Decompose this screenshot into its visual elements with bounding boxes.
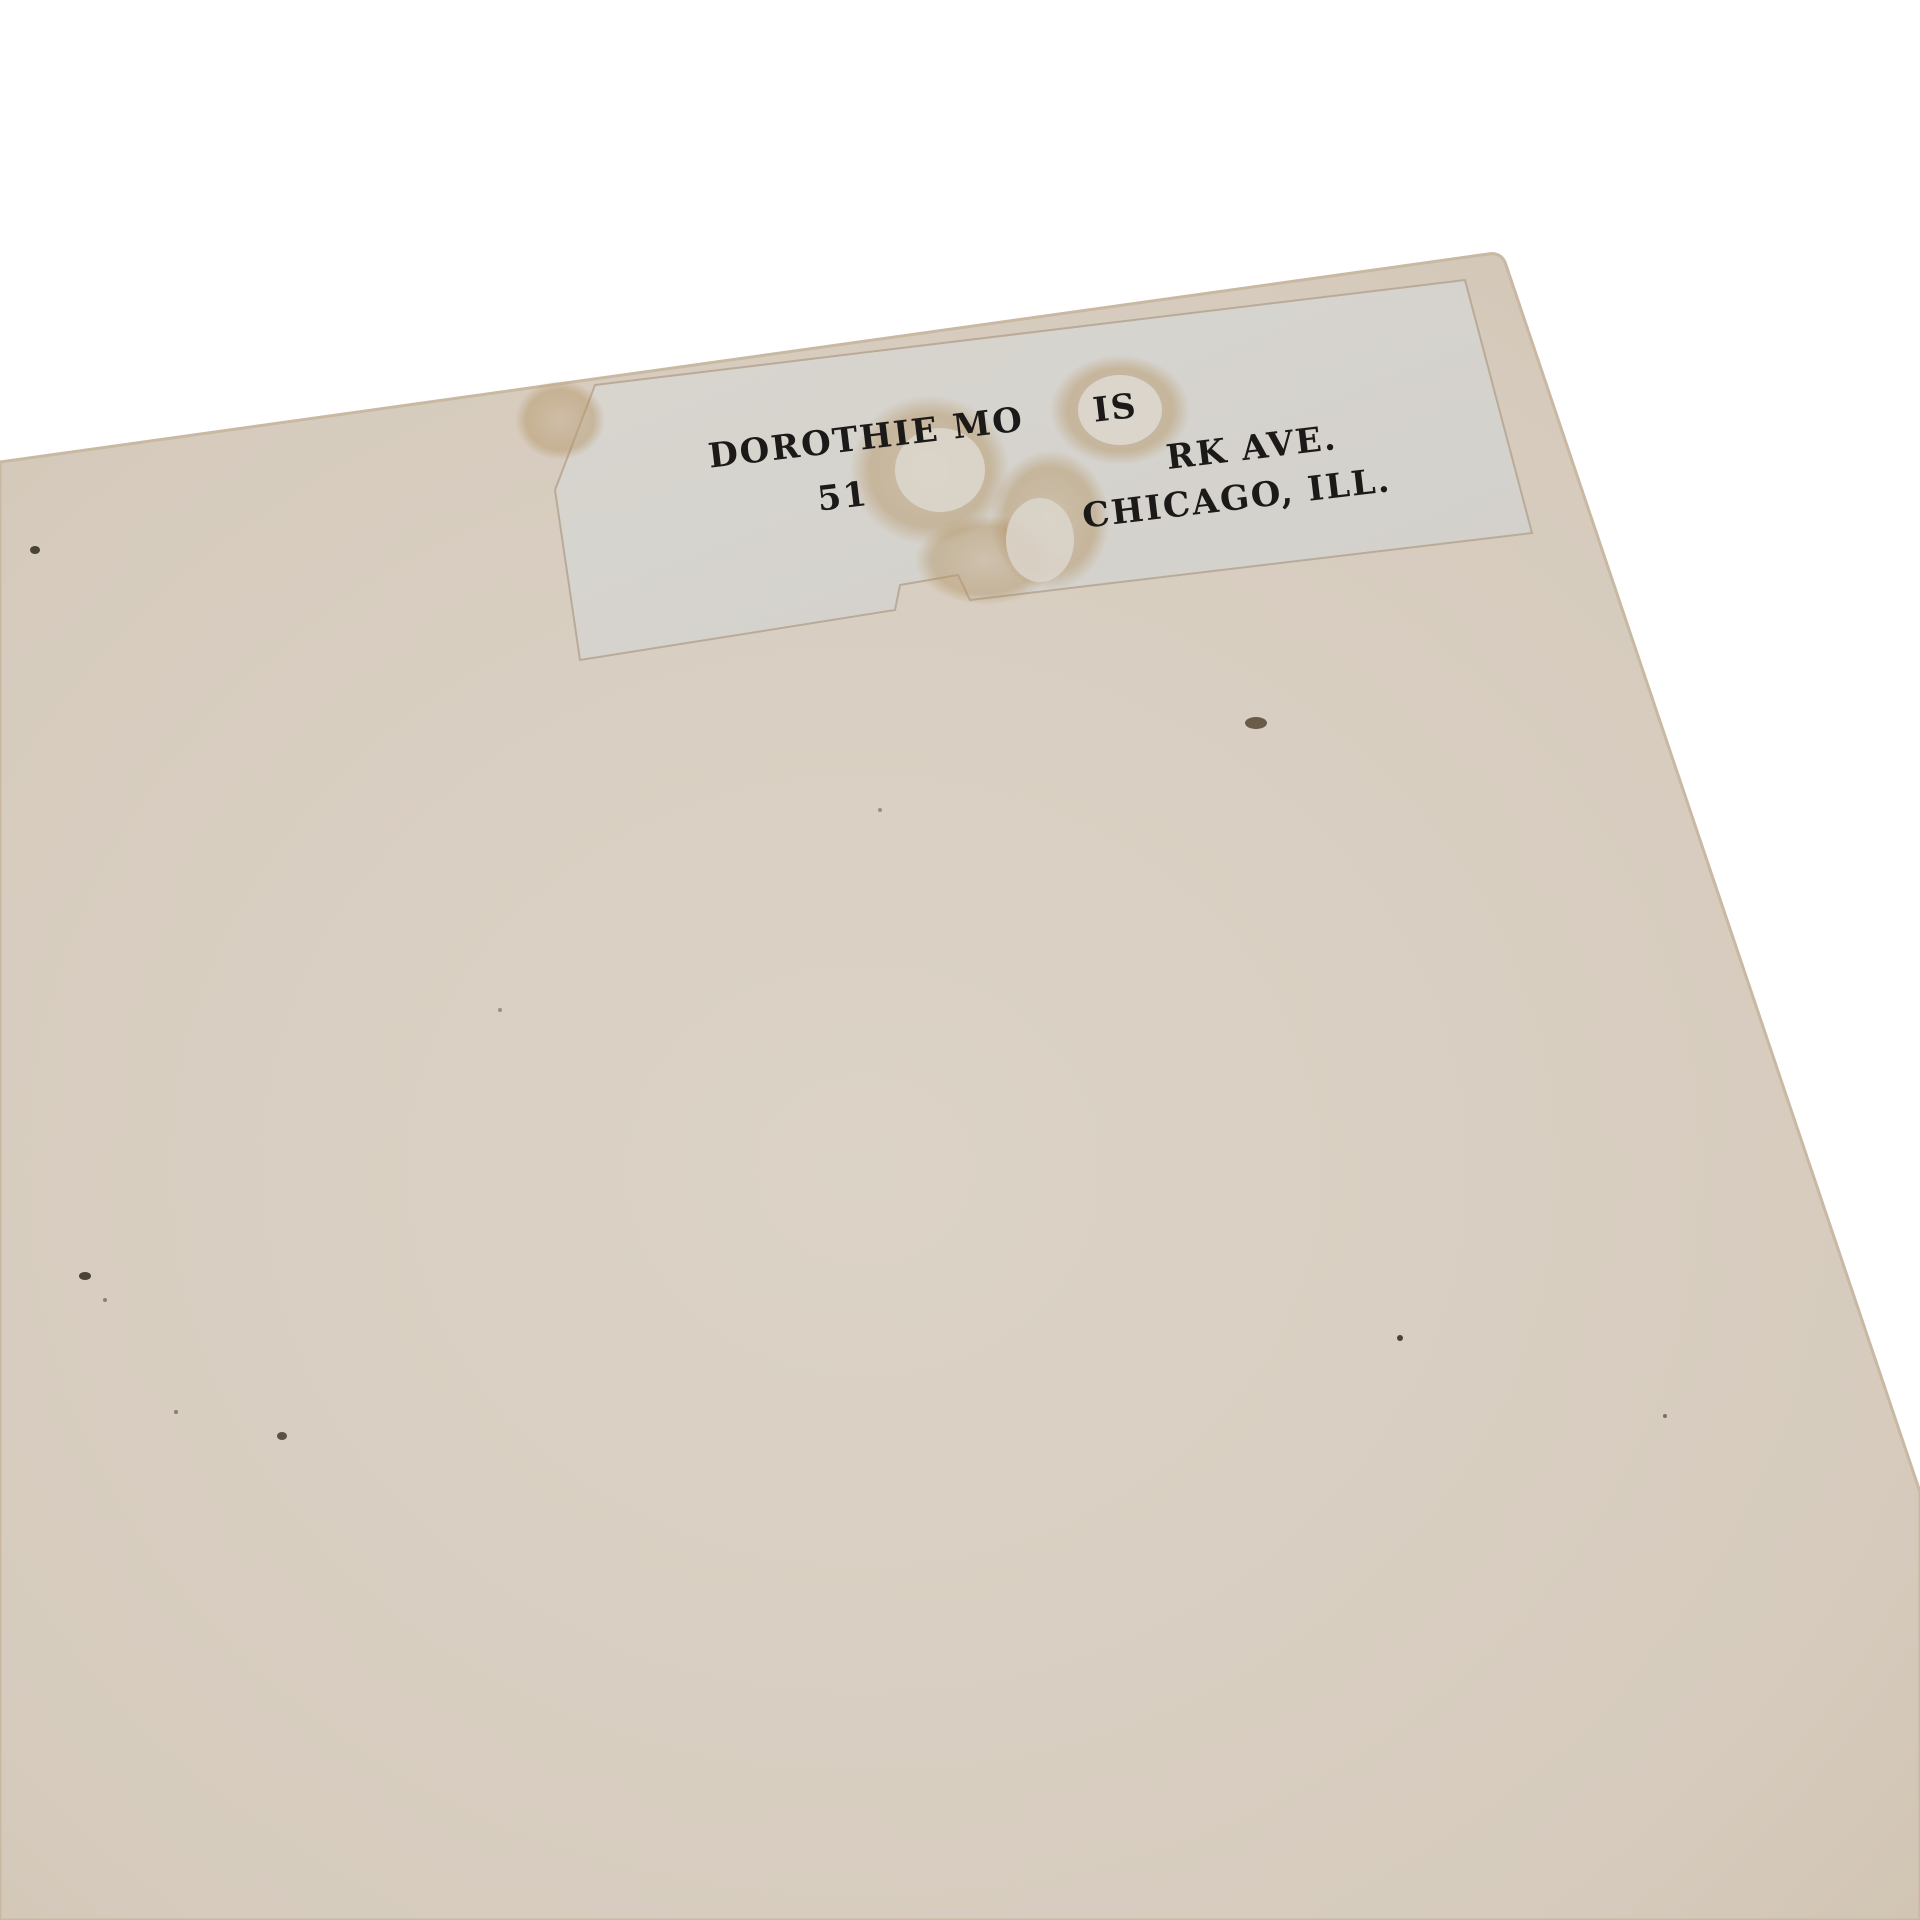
speck <box>79 1272 91 1280</box>
torn-patch <box>1006 498 1074 582</box>
speck <box>277 1432 287 1440</box>
photo-scene: DOROTHIE MOIS 51RK AVE. CHICAGO, ILL. <box>0 0 1920 1920</box>
speck <box>174 1410 178 1414</box>
speck <box>498 1008 502 1012</box>
stain-mark <box>515 380 605 460</box>
speck <box>1397 1335 1403 1341</box>
speck <box>103 1298 107 1302</box>
street-number-text: 51 <box>815 474 871 520</box>
speck <box>30 546 40 554</box>
speck <box>1663 1414 1667 1418</box>
name-text-tail: IS <box>1091 386 1140 431</box>
card-illustration <box>0 0 1920 1920</box>
speck <box>878 808 882 812</box>
speck <box>1245 717 1267 729</box>
